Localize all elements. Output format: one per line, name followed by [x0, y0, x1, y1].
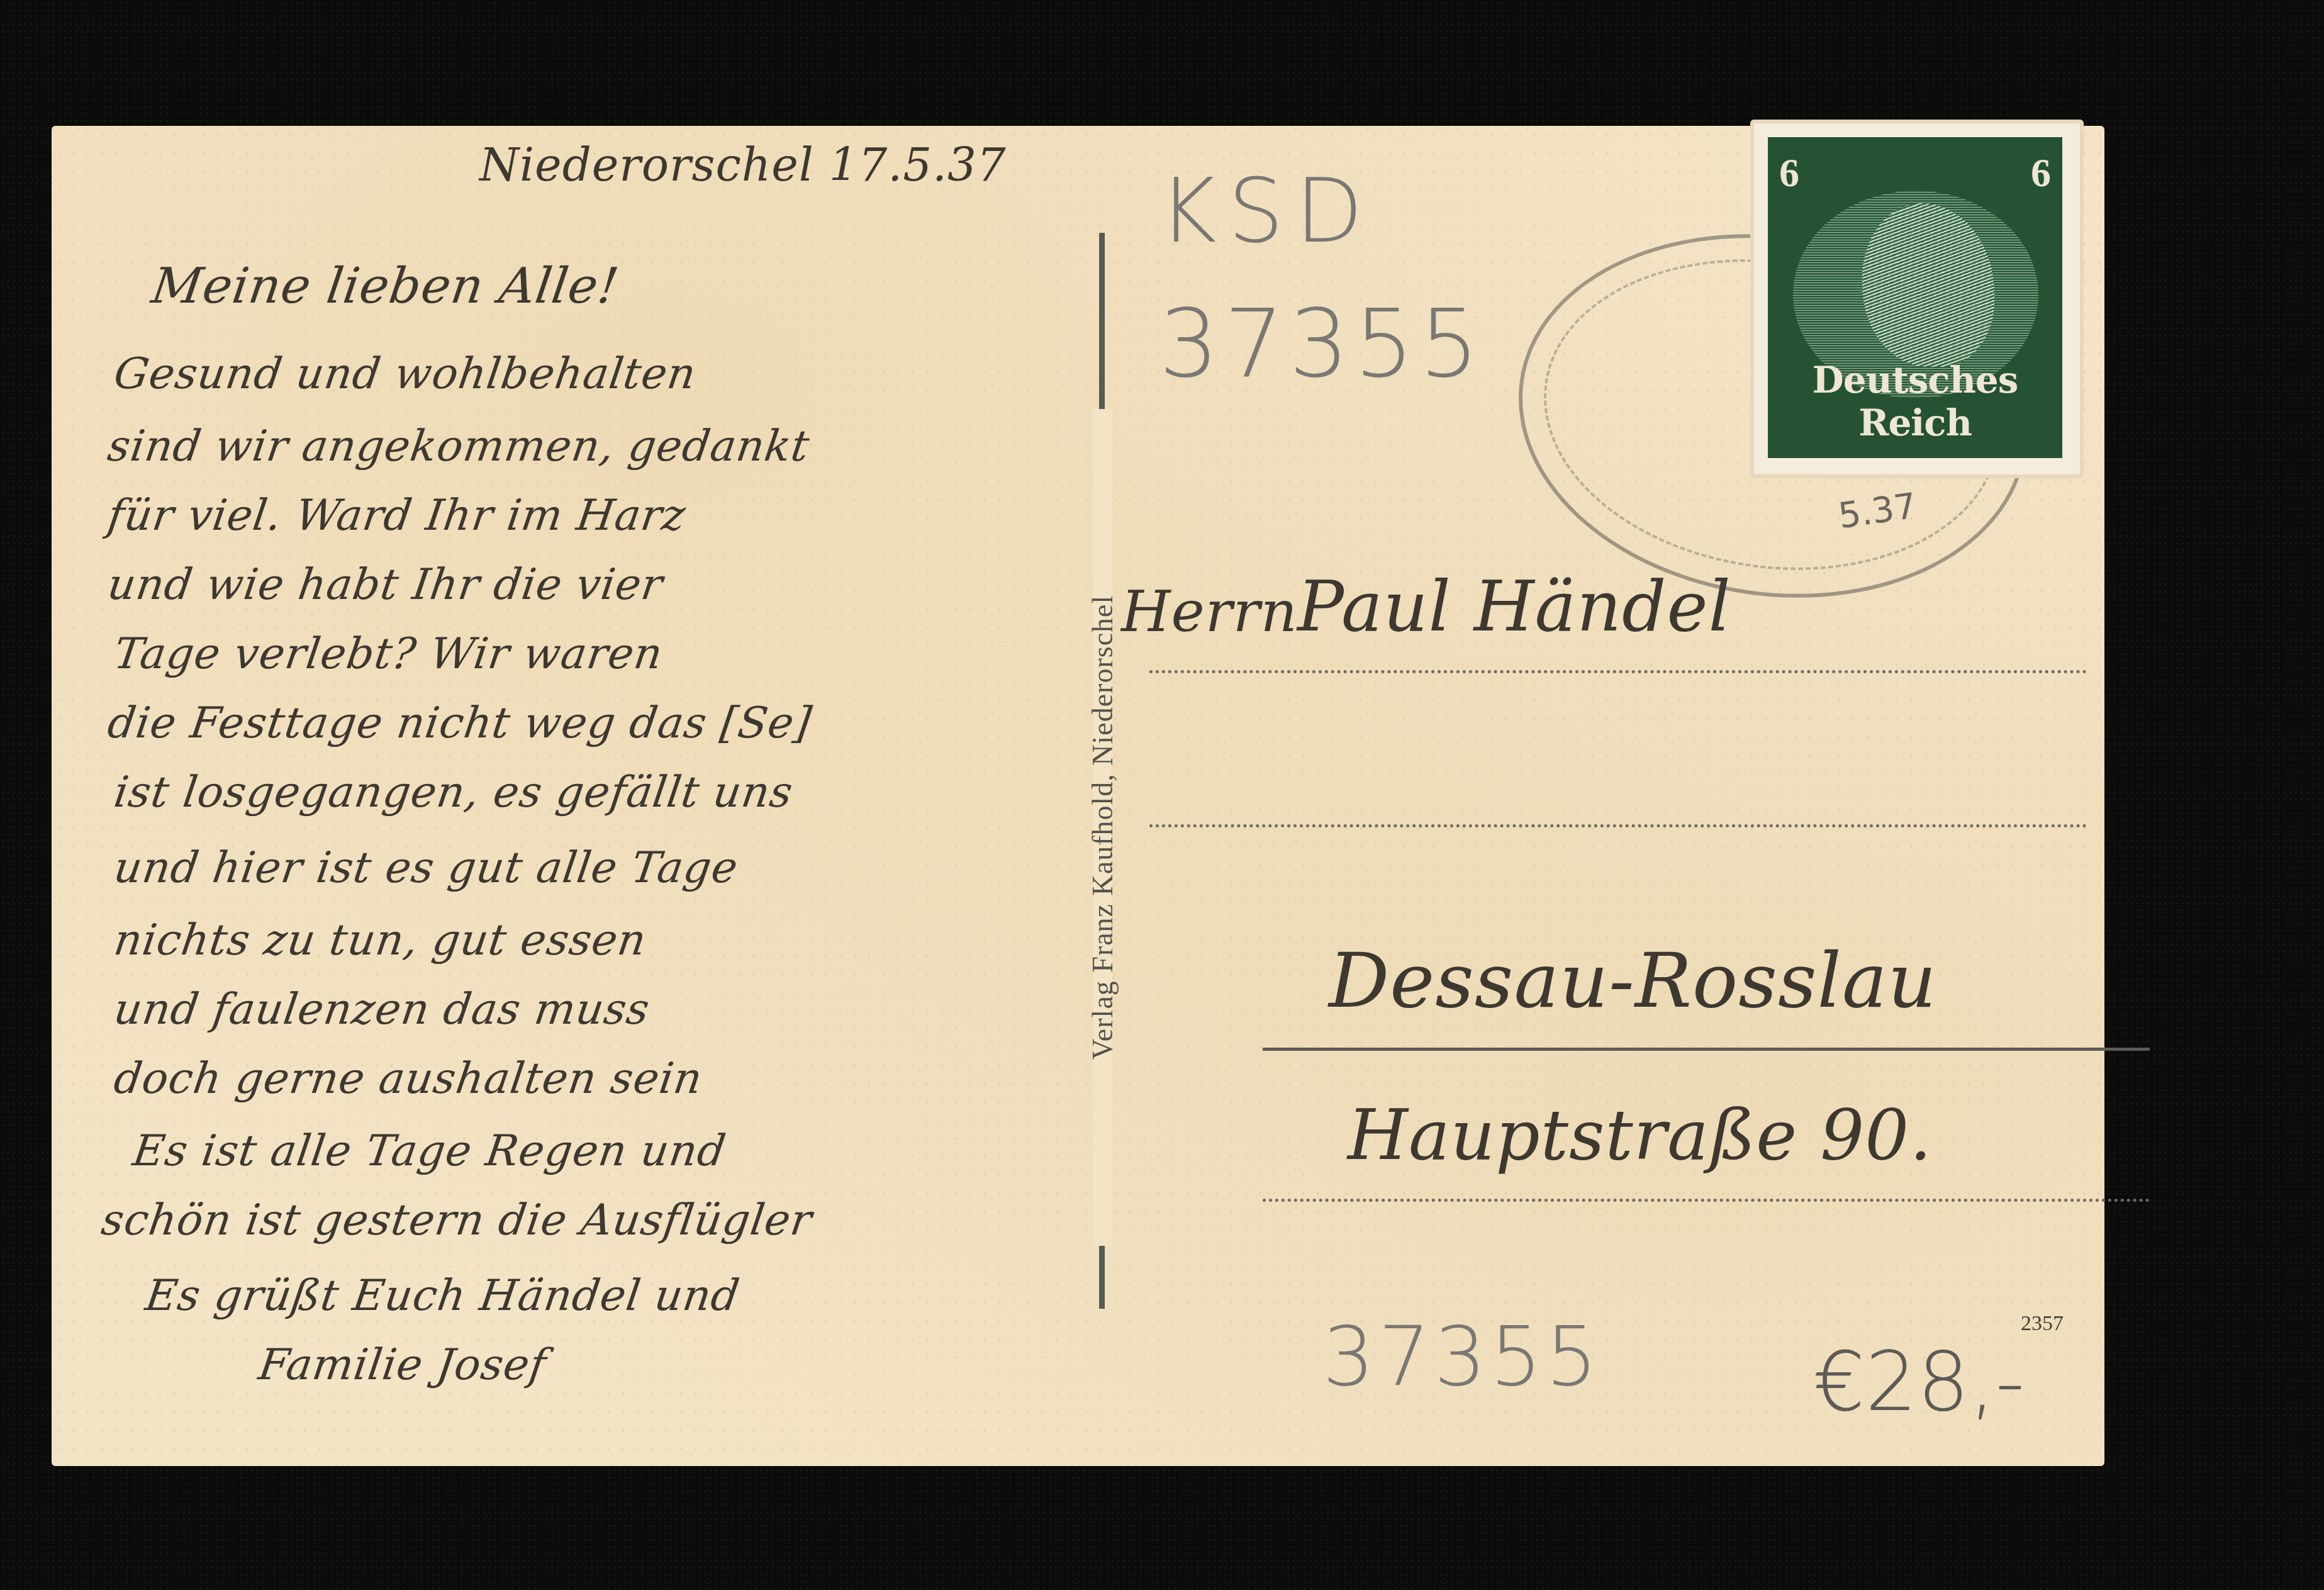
address-line-4 [1263, 1199, 2150, 1202]
message-line: Gesund und wohlbehalten [111, 349, 699, 399]
message-line: nichts zu tun, gut essen [111, 915, 649, 965]
address-name: Paul Händel [1297, 566, 1731, 647]
address-line-1 [1149, 670, 2087, 673]
postage-stamp: 6 6 Deutsches Reich [1750, 120, 2084, 478]
message-line: ist losgegangen, es gefällt uns [111, 768, 796, 817]
message-line: sind wir angekommen, gedankt [104, 422, 812, 471]
message-line: doch gerne aushalten sein [111, 1054, 705, 1104]
message-line: Familie Josef [255, 1340, 549, 1390]
address-salutation: Herrn [1121, 579, 1298, 645]
address-city: Dessau-Rosslau [1329, 938, 1937, 1025]
message-line: Meine lieben Alle! [148, 258, 623, 315]
message-line: Es ist alle Tage Regen und [130, 1126, 729, 1176]
message-line: und hier ist es gut alle Tage [111, 843, 741, 893]
pencil-dealer-code: KSD [1159, 160, 1374, 263]
portrait-icon [1862, 203, 1994, 367]
publisher-imprint: Verlag Franz Kaufhold, Niederorschel [1086, 595, 1119, 1060]
message-line: schön ist gestern die Ausflügler [98, 1195, 815, 1245]
print-number: 2357 [2021, 1312, 2064, 1336]
message-line: die Festtage nicht weg das [Se] [104, 698, 815, 748]
pencil-price: €28,- [1813, 1334, 2025, 1430]
address-street: Hauptstraße 90. [1348, 1095, 1932, 1175]
message-line: Es grüßt Euch Händel und [142, 1271, 742, 1321]
message-line: und faulenzen das muss [111, 985, 652, 1034]
message-line: für viel. Ward Ihr im Harz [104, 491, 689, 540]
stamp-country-text: Deutsches Reich [1768, 359, 2062, 444]
stamp-denomination-right: 6 [2031, 150, 2051, 196]
stamp-design: 6 6 Deutsches Reich [1768, 137, 2062, 458]
address-line-3 [1263, 1048, 2150, 1051]
message-line: und wie habt Ihr die vier [104, 560, 666, 610]
address-line-2 [1149, 824, 2087, 827]
stamp-denomination-left: 6 [1779, 150, 1799, 196]
pencil-catalog-number-top: 37355 [1159, 289, 1484, 399]
place-date-line: Niederorschel 17.5.37 [479, 138, 1007, 191]
postcard-back: Niederorschel 17.5.37 Meine lieben Alle!… [52, 126, 2104, 1466]
message-line: Tage verlebt? Wir waren [111, 629, 666, 679]
pencil-catalog-number-bottom: 37355 [1322, 1309, 1602, 1404]
